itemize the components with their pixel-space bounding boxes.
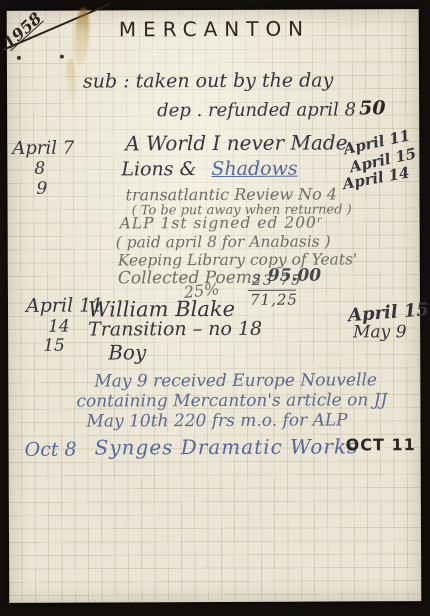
loan-date-returned: May 9 <box>353 324 406 342</box>
loan-date-out: Oct 8 <box>25 441 77 461</box>
alp-discount-amount: 23 75 <box>252 274 302 289</box>
library-card: 1958 MERCANTON sub : taken out by the da… <box>7 9 422 603</box>
deposit-note: dep . refunded april 8 <box>157 101 356 121</box>
book-title: Transition – no 18 <box>88 320 262 341</box>
loan-date-out: 14 <box>48 319 70 337</box>
loan-date-returned: OCT 11 <box>346 437 416 454</box>
alp-note-line: ALP 1st signed ed 200ʳ <box>120 215 324 232</box>
loan-date-out: 15 <box>43 338 65 356</box>
book-title: Boy <box>108 342 146 363</box>
book-title: transatlantic Review No 4 <box>125 186 337 204</box>
stain-mark-faint <box>65 58 77 101</box>
loan-date-out: 9 <box>36 181 47 199</box>
subscription-note: sub : taken out by the day <box>83 71 333 92</box>
book-title: Synges Dramatic Works <box>95 436 359 458</box>
loan-date-out: 8 <box>34 161 45 179</box>
alp-note-line: Keeping Library copy of Yeats' <box>118 251 358 268</box>
memo-line: May 9 received Europe Nouvelle <box>94 372 377 391</box>
card-title: MERCANTON <box>119 19 310 41</box>
stain-mark <box>73 7 91 66</box>
ink-dot <box>60 55 64 59</box>
book-title-continued: Shadows <box>211 160 297 180</box>
book-title: A World I never Made <box>125 132 347 154</box>
alp-net-amount: 71,25 <box>250 293 298 309</box>
ink-dot <box>17 56 21 60</box>
deposit-amount: 50 <box>359 99 386 119</box>
book-title: Lions & <box>121 160 196 180</box>
alp-note-line: ( paid april 8 for Anabasis ) <box>116 233 331 250</box>
loan-date-out: April 7 <box>12 140 74 159</box>
memo-line: containing Mercanton's article on JJ <box>76 392 387 411</box>
memo-line: May 10th 220 frs m.o. for ALP <box>86 412 347 431</box>
